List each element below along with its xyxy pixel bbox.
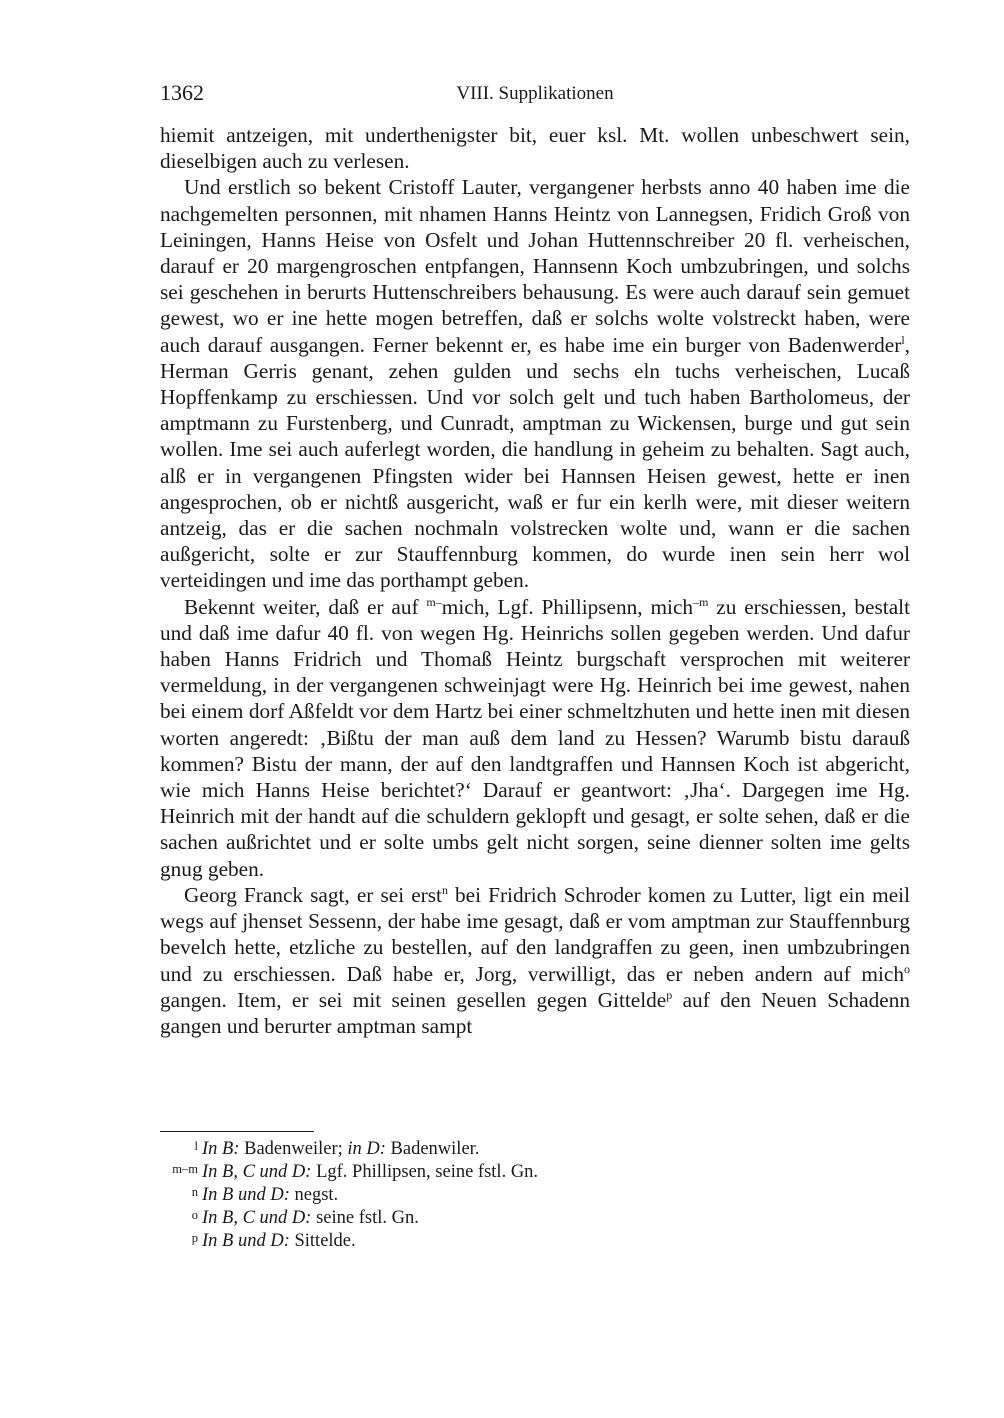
footnote-divider [160, 1131, 314, 1132]
footnotes: lIn B: Badenweiler; in D: Badenwiler. m–… [160, 1138, 910, 1253]
footnote-mark: o [192, 1204, 198, 1227]
section-title: VIII. Supplikationen [160, 83, 910, 105]
footnote-mark: n [192, 1181, 198, 1204]
footnote-l: lIn B: Badenweiler; in D: Badenwiler. [160, 1138, 910, 1161]
running-head: 1362 VIII. Supplikationen [160, 80, 910, 106]
footnote-ref-m-close[interactable]: –m [693, 595, 708, 609]
footnote-m: m–mIn B, C und D: Lgf. Phillipsen, seine… [160, 1161, 910, 1184]
paragraph-continuation: hiemit antzeigen, mit underthenigster bi… [160, 122, 910, 174]
paragraph-cristoff-lauter: Und erstlich so bekent Cristoff Lauter, … [160, 174, 910, 593]
footnote-mark: l [195, 1135, 198, 1158]
footnote-p: pIn B und D: Sittelde. [160, 1230, 910, 1253]
footnote-ref-o[interactable]: o [904, 962, 910, 976]
paragraph-bekennt-weiter: Bekennt weiter, daß er auf m–mich, Lgf. … [160, 594, 910, 882]
footnote-mark: p [192, 1227, 198, 1250]
footnote-mark: m–m [172, 1158, 198, 1181]
footnote-ref-m-open[interactable]: m– [426, 595, 441, 609]
paragraph-georg-franck: Georg Franck sagt, er sei erstn bei Frid… [160, 882, 910, 1039]
footnote-n: nIn B und D: negst. [160, 1184, 910, 1207]
body-text: hiemit antzeigen, mit underthenigster bi… [160, 122, 910, 1039]
footnote-o: oIn B, C und D: seine fstl. Gn. [160, 1207, 910, 1230]
